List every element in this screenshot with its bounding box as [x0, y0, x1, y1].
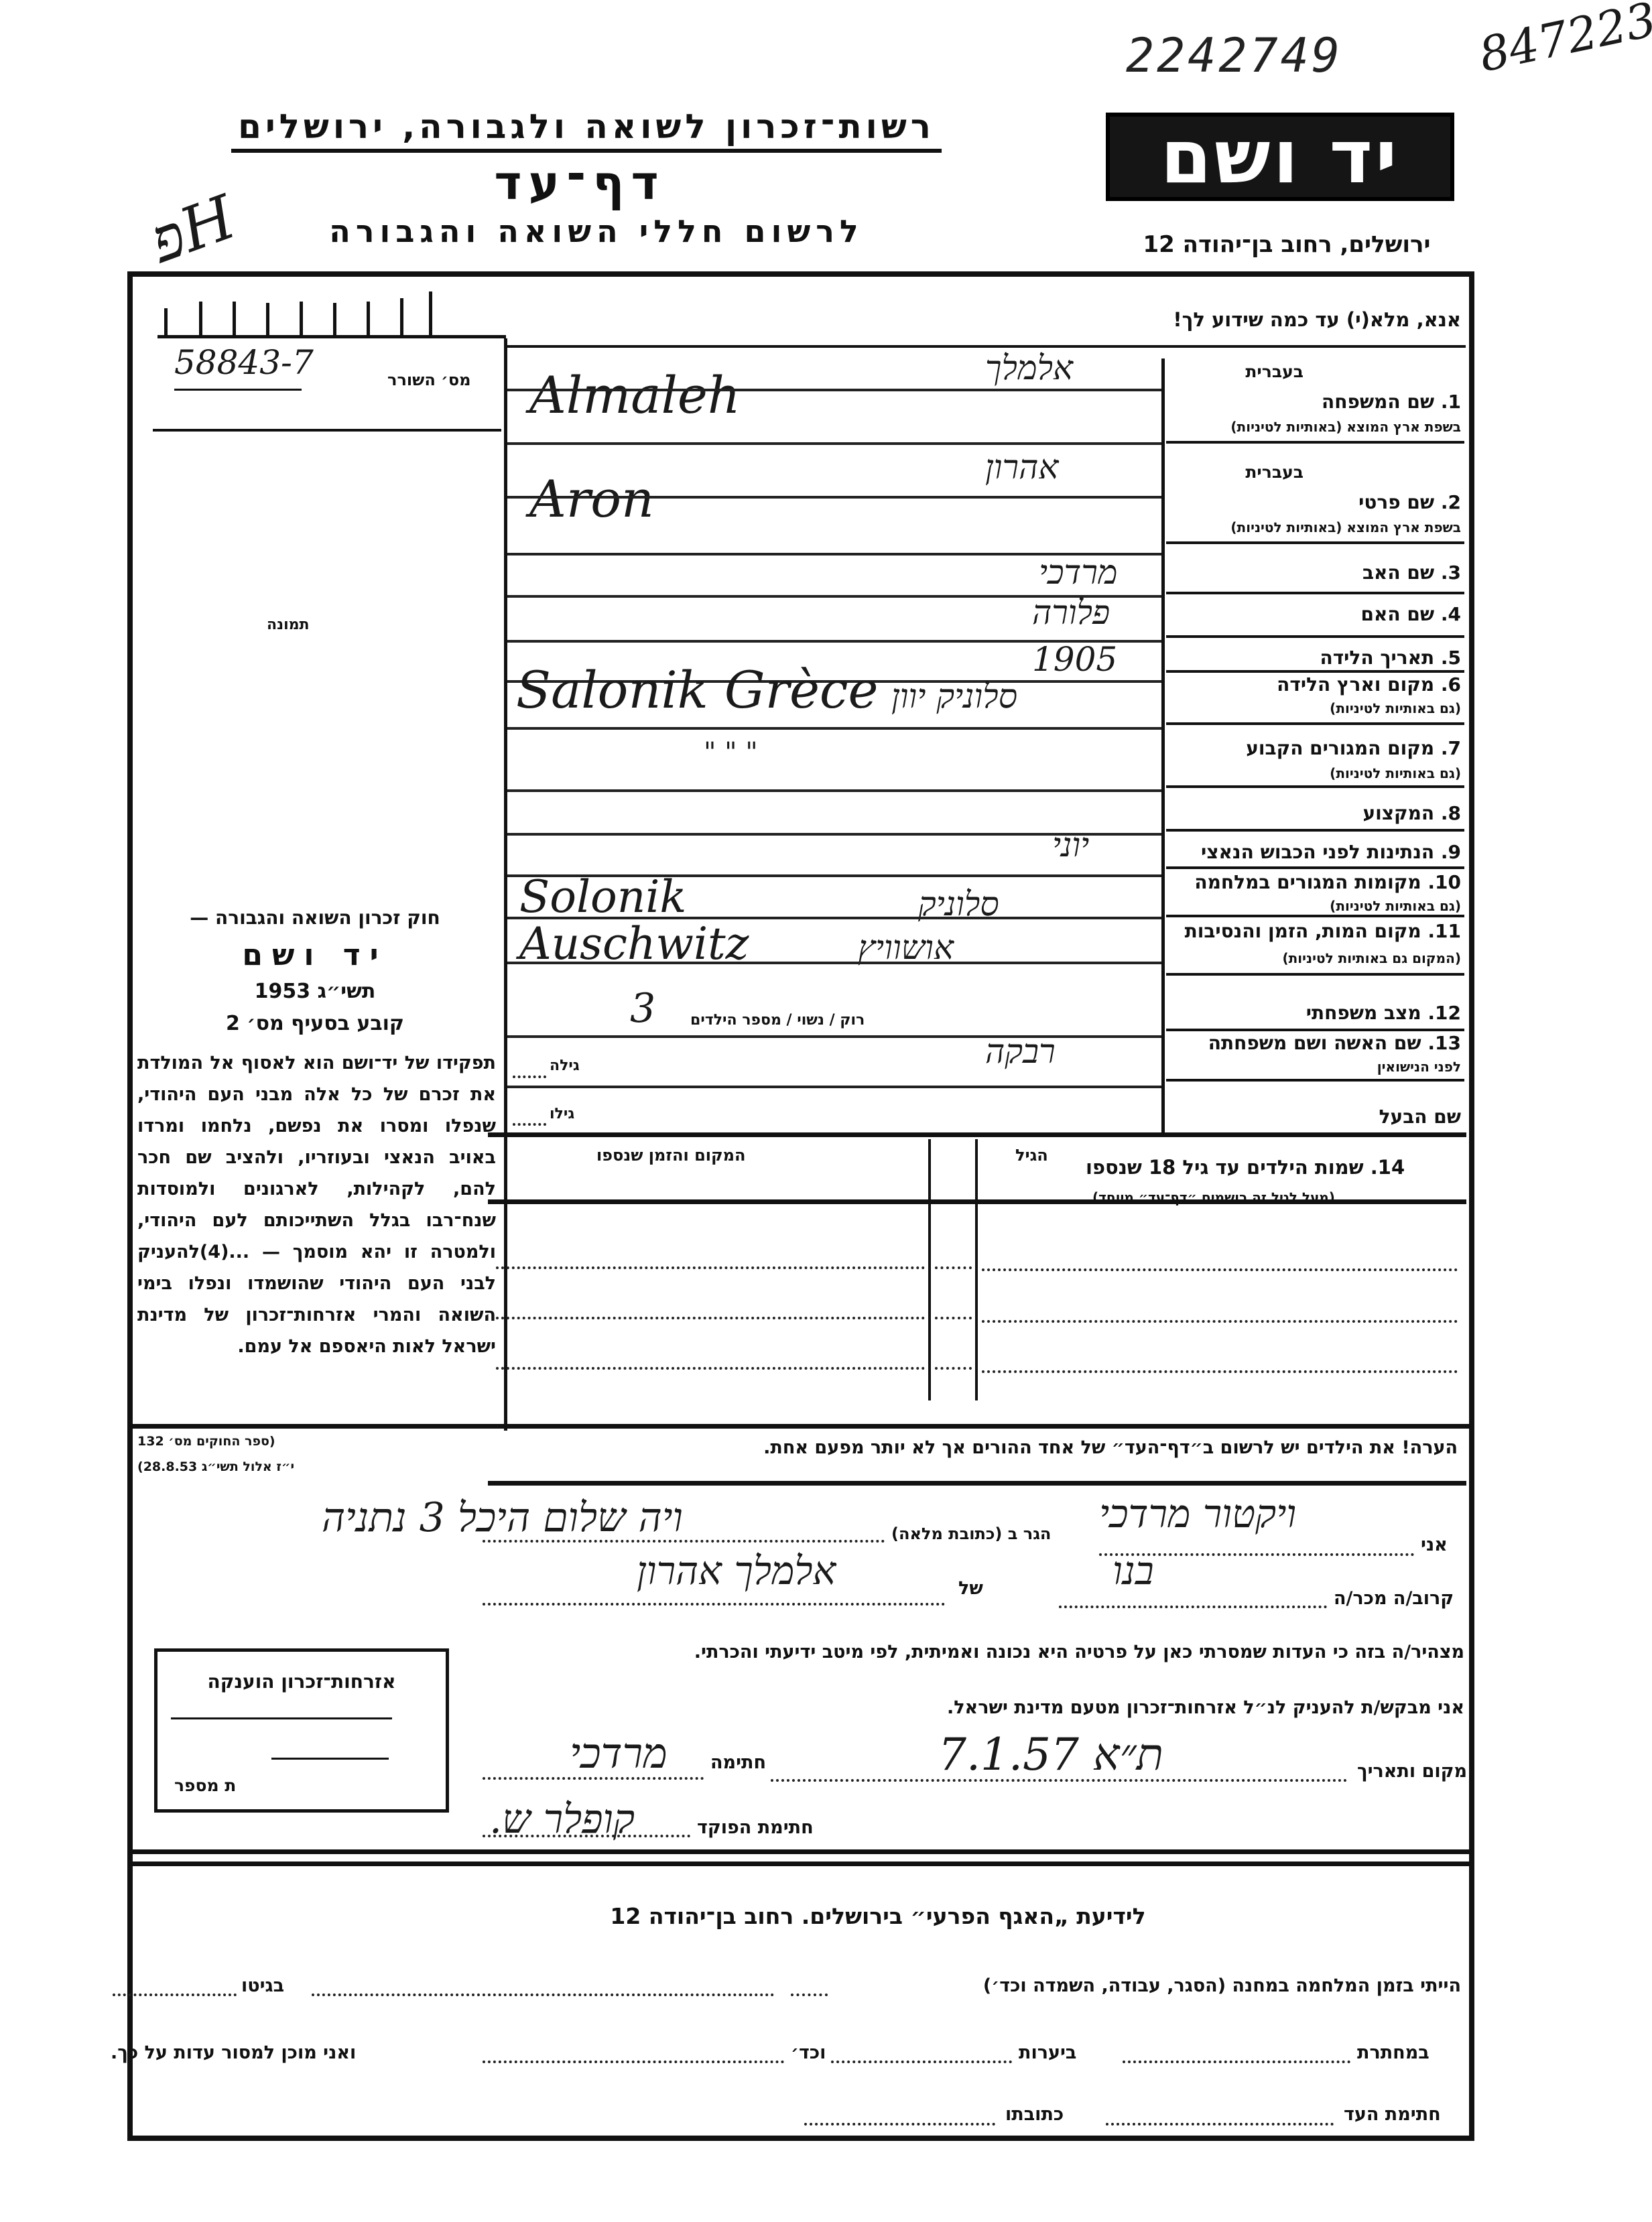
entry-rule: [507, 727, 1161, 730]
affirmation: מצהיר/ה בזה כי העדות שמסרתי כאן על פרטיה…: [472, 1642, 1464, 1662]
intro-rule: [507, 345, 1466, 348]
signature-value[interactable]: מרדכי: [570, 1729, 668, 1778]
witness-line-1: הייתי בזמן המלחמה במחנה (הסגר, עבודה, הש…: [838, 1975, 1461, 1996]
hebrew-tag: בעברית: [1245, 462, 1304, 482]
child-name-line-3[interactable]: [982, 1370, 1458, 1373]
law-clause: קובע בסעיף מס׳ 2: [141, 1012, 489, 1035]
birth-place-hebrew-value[interactable]: סלוניק יוון: [891, 677, 1017, 716]
residence-value[interactable]: " " ": [704, 737, 758, 768]
field-rule: [1166, 829, 1464, 832]
field-label-birth-date: 5. תאריך הלידה: [1320, 647, 1461, 669]
relative-value[interactable]: בנו: [1113, 1548, 1154, 1593]
yad-vashem-logo: יד ושם: [1106, 113, 1454, 201]
record-rule: [153, 429, 501, 432]
wife-name-value[interactable]: רבקה: [985, 1032, 1056, 1071]
field-label-citizenship: 9. הנתינות לפני הכבוש הנאצי: [1201, 841, 1461, 863]
testimony-label: ואני מוכן למסור עדות על כך.: [111, 2042, 356, 2063]
field-sub-family-name: בשפת ארץ המוצא (באותיות לטיניות): [1230, 419, 1461, 435]
column-place: המקום והזמן שנספו: [596, 1146, 746, 1165]
section-rule: [488, 1132, 1466, 1137]
citizenship-granted-title: אזרחות־זכרון הוענקה: [171, 1671, 432, 1693]
witness-address-label: כתובתו: [1005, 2104, 1064, 2125]
forests-line[interactable]: [831, 2061, 1012, 2063]
place-date-line[interactable]: [771, 1779, 1347, 1782]
law-year: תשי״ג 1953: [141, 980, 489, 1003]
wartime-residence-latin-value[interactable]: Solonik: [519, 871, 686, 923]
margin-note: פH: [141, 182, 245, 277]
field-rule: [1166, 785, 1464, 788]
law-text: תפקידו של יד־ושם הוא לאסוף אל המולדת את …: [137, 1047, 496, 1362]
relative-line[interactable]: [1059, 1606, 1327, 1608]
field-label-father-name: 3. שם האב: [1362, 562, 1461, 584]
declaration-top-rule: [133, 1424, 1470, 1429]
law-heading: חוק זכרון השואה והגבורה —: [141, 907, 489, 929]
family-name-latin-value[interactable]: Almaleh: [529, 365, 741, 425]
officer-signature-line[interactable]: [483, 1835, 690, 1837]
form-subtitle: לרשום חללי השואה והגבורה: [295, 213, 898, 249]
officer-signature-label: חתימת הפוקד: [697, 1817, 814, 1838]
mother-name-value[interactable]: פלורה: [1032, 593, 1110, 632]
ghetto-label: בגיטו: [241, 1975, 284, 1996]
column-age: הגיל: [1015, 1146, 1048, 1165]
children-header-rule: [488, 1199, 1466, 1204]
law-name: יד ושם: [141, 938, 489, 972]
field-label-wife-name: 13. שם האשה ושם משפחתה: [1208, 1032, 1461, 1054]
logo-text: יד ושם: [1160, 114, 1399, 200]
relative-label: קרוב/ה מכר/ה: [1334, 1588, 1454, 1609]
birth-place-latin-value[interactable]: Salonik Grèce: [516, 660, 878, 720]
family-name-hebrew-value[interactable]: אלמלך: [985, 348, 1073, 387]
witness-signature-label: חתימת העד: [1344, 2104, 1441, 2125]
father-name-value[interactable]: מרדכי: [1039, 553, 1118, 592]
underground-label: במחתרת: [1357, 2042, 1429, 2063]
witness-section-title: לידיעת „האגף הפרעי״ בירושלים. רחוב בן־יה…: [509, 1903, 1247, 1929]
residing-value[interactable]: ויה שלום היכל 3 נתניה: [322, 1494, 683, 1541]
marital-hint: רוק / נשוי / מספר הילדים: [690, 1012, 865, 1029]
note-rule: [488, 1481, 1466, 1486]
declarant-name-value[interactable]: ויקטור מרדכי: [1099, 1491, 1296, 1537]
entry-rule: [507, 962, 1161, 964]
child-age-line-1[interactable]: [935, 1266, 972, 1269]
handwritten-reference: 8472231: [1474, 0, 1652, 83]
header-rule: [231, 149, 942, 153]
field-label-birth-place: 6. מקום וארץ הלידה: [1277, 673, 1461, 696]
field-rule: [1166, 441, 1464, 444]
attest-number-label: ת מספר: [174, 1776, 236, 1795]
children-col-divider: [975, 1139, 978, 1400]
field-label-first-name: 2. שם פרטי: [1358, 491, 1461, 513]
field-label-family-name: 1. שם המשפחה: [1322, 391, 1461, 413]
field-sub-wife-name: לפני הנישואין: [1377, 1059, 1461, 1075]
field-rule: [1166, 915, 1464, 917]
address: ירושלים, רחוב בן־יהודה 12: [1099, 231, 1474, 258]
husband-age-label: גילו: [550, 1106, 574, 1122]
organization-title: רשות־זכרון לשואה ולגבורה, ירושלים: [231, 107, 942, 146]
attest-rule: [271, 1758, 389, 1760]
wife-age-line[interactable]: [513, 1075, 546, 1078]
children-count-value[interactable]: 3: [630, 985, 655, 1032]
citizenship-request: אני מבקש/ת להעניק לנ״ל אזרחות־זכרון מטעם…: [472, 1697, 1464, 1718]
field-label-residence: 7. מקום המגורים הקבוע: [1246, 737, 1461, 759]
field-label-marital-status: 12. מצב משפחתי: [1306, 1002, 1461, 1024]
field-label-wartime-residence: 10. מקומות המגורים במלחמה: [1194, 871, 1461, 893]
entry-rule: [507, 1035, 1161, 1038]
of-line[interactable]: [483, 1603, 945, 1606]
child-age-line-2[interactable]: [935, 1317, 972, 1319]
field-rule: [1166, 1029, 1464, 1031]
attest-rule: [171, 1717, 392, 1719]
witness-section-rule: [133, 1861, 1470, 1866]
husband-age-line[interactable]: [513, 1123, 546, 1126]
intro-instruction: אנא, מלא(י) עד כמה שידוע לך!: [1146, 308, 1461, 331]
field-sub-residence: (גם באותיות לטיניות): [1330, 765, 1461, 781]
place-date-label: מקום ותאריך: [1357, 1761, 1467, 1782]
child-name-line-2[interactable]: [982, 1320, 1458, 1323]
field-sub-birth-place: (גם באותיות לטיניות): [1330, 700, 1461, 716]
record-number-underline: [174, 389, 302, 391]
of-value[interactable]: אלמלך אהרון: [637, 1548, 836, 1593]
first-name-latin-value[interactable]: Aron: [529, 469, 654, 529]
witness-signature-line[interactable]: [1106, 2123, 1334, 2126]
field-rule: [1166, 635, 1464, 638]
entry-rule: [507, 1086, 1161, 1088]
field-label-profession: 8. המקצוע: [1362, 802, 1461, 824]
signature-label: חתימה: [710, 1752, 766, 1773]
witness-camp-line[interactable]: [791, 1994, 828, 1996]
field-label-death-place: 11. מקום המות, הזמן והנסיבות: [1185, 920, 1461, 942]
law-reference-date: י״ז אלול תשי״ג 28.8.53): [137, 1459, 294, 1474]
entry-rule: [507, 789, 1161, 792]
children-col-divider: [928, 1139, 931, 1400]
field-sub-first-name: בשפת ארץ המוצא (באותיות לטיניות): [1230, 519, 1461, 535]
field-sub-wartime-residence: (גם באותיות לטיניות): [1330, 898, 1461, 914]
form-title: דף־עד: [469, 155, 690, 210]
witness-ghetto-mid-line[interactable]: [312, 1994, 774, 1996]
wife-age-label: גילה: [550, 1057, 580, 1074]
entry-rule: [507, 389, 1161, 391]
field-rule: [1166, 670, 1464, 673]
field-rule: [1166, 722, 1464, 725]
underground-line[interactable]: [1123, 2061, 1350, 2063]
field-rule: [1166, 1079, 1464, 1082]
record-number-label: מס׳ השורר: [387, 371, 471, 389]
child-age-line-3[interactable]: [935, 1367, 972, 1370]
first-name-hebrew-value[interactable]: אהרון: [985, 448, 1058, 486]
forests-label: ביערות: [1019, 2042, 1076, 2063]
stamp-number: 2242749: [1126, 28, 1342, 83]
photo-label: תמונה: [267, 616, 310, 633]
child-name-line-1[interactable]: [982, 1268, 1458, 1271]
residing-line[interactable]: [483, 1540, 885, 1543]
citizenship-value[interactable]: יוני: [1052, 826, 1089, 864]
field-label-mother-name: 4. שם האם: [1361, 603, 1461, 625]
place-date-value[interactable]: ת״א 7.1.57: [938, 1729, 1163, 1781]
etc-line[interactable]: [483, 2061, 784, 2063]
field-rule: [1166, 541, 1464, 544]
child-place-line-2[interactable]: [496, 1317, 925, 1319]
tick-marks: [157, 295, 506, 338]
of-label: של: [958, 1578, 983, 1599]
field-rule: [1166, 592, 1464, 594]
child-place-line-1[interactable]: [496, 1266, 925, 1269]
field-rule: [1166, 973, 1464, 976]
hebrew-tag: בעברית: [1245, 362, 1304, 381]
child-place-line-3[interactable]: [496, 1367, 925, 1370]
witness-ghetto-line[interactable]: [113, 1994, 237, 1996]
i-label: אני: [1421, 1534, 1448, 1555]
signature-line[interactable]: [483, 1777, 704, 1780]
field-label-husband-name: שם הבעל: [1379, 1106, 1461, 1128]
field-rule: [1166, 866, 1464, 869]
witness-section-rule: [133, 1849, 1470, 1854]
children-label: 14. שמות הילדים עד גיל 18 שנספו: [1086, 1156, 1405, 1179]
record-number[interactable]: 58843-7: [174, 343, 314, 382]
birth-date-value[interactable]: 1905: [1032, 640, 1117, 679]
field-sub-death-place: (המקום גם באותיות לטיניות): [1282, 950, 1461, 966]
etc-label: וכד׳: [791, 2042, 826, 2063]
residing-label: הגר ב (כתובת מלאה): [891, 1524, 1051, 1543]
entry-rule: [507, 496, 1161, 499]
witness-address-line[interactable]: [804, 2123, 995, 2126]
note-text: הערה! את הילדים יש לרשום ב״דף־העד״ של אח…: [493, 1437, 1458, 1458]
entry-rule: [507, 442, 1161, 445]
law-reference: (ספר החוקים מס׳ 132: [137, 1434, 275, 1449]
label-column-divider: [1161, 358, 1165, 1132]
